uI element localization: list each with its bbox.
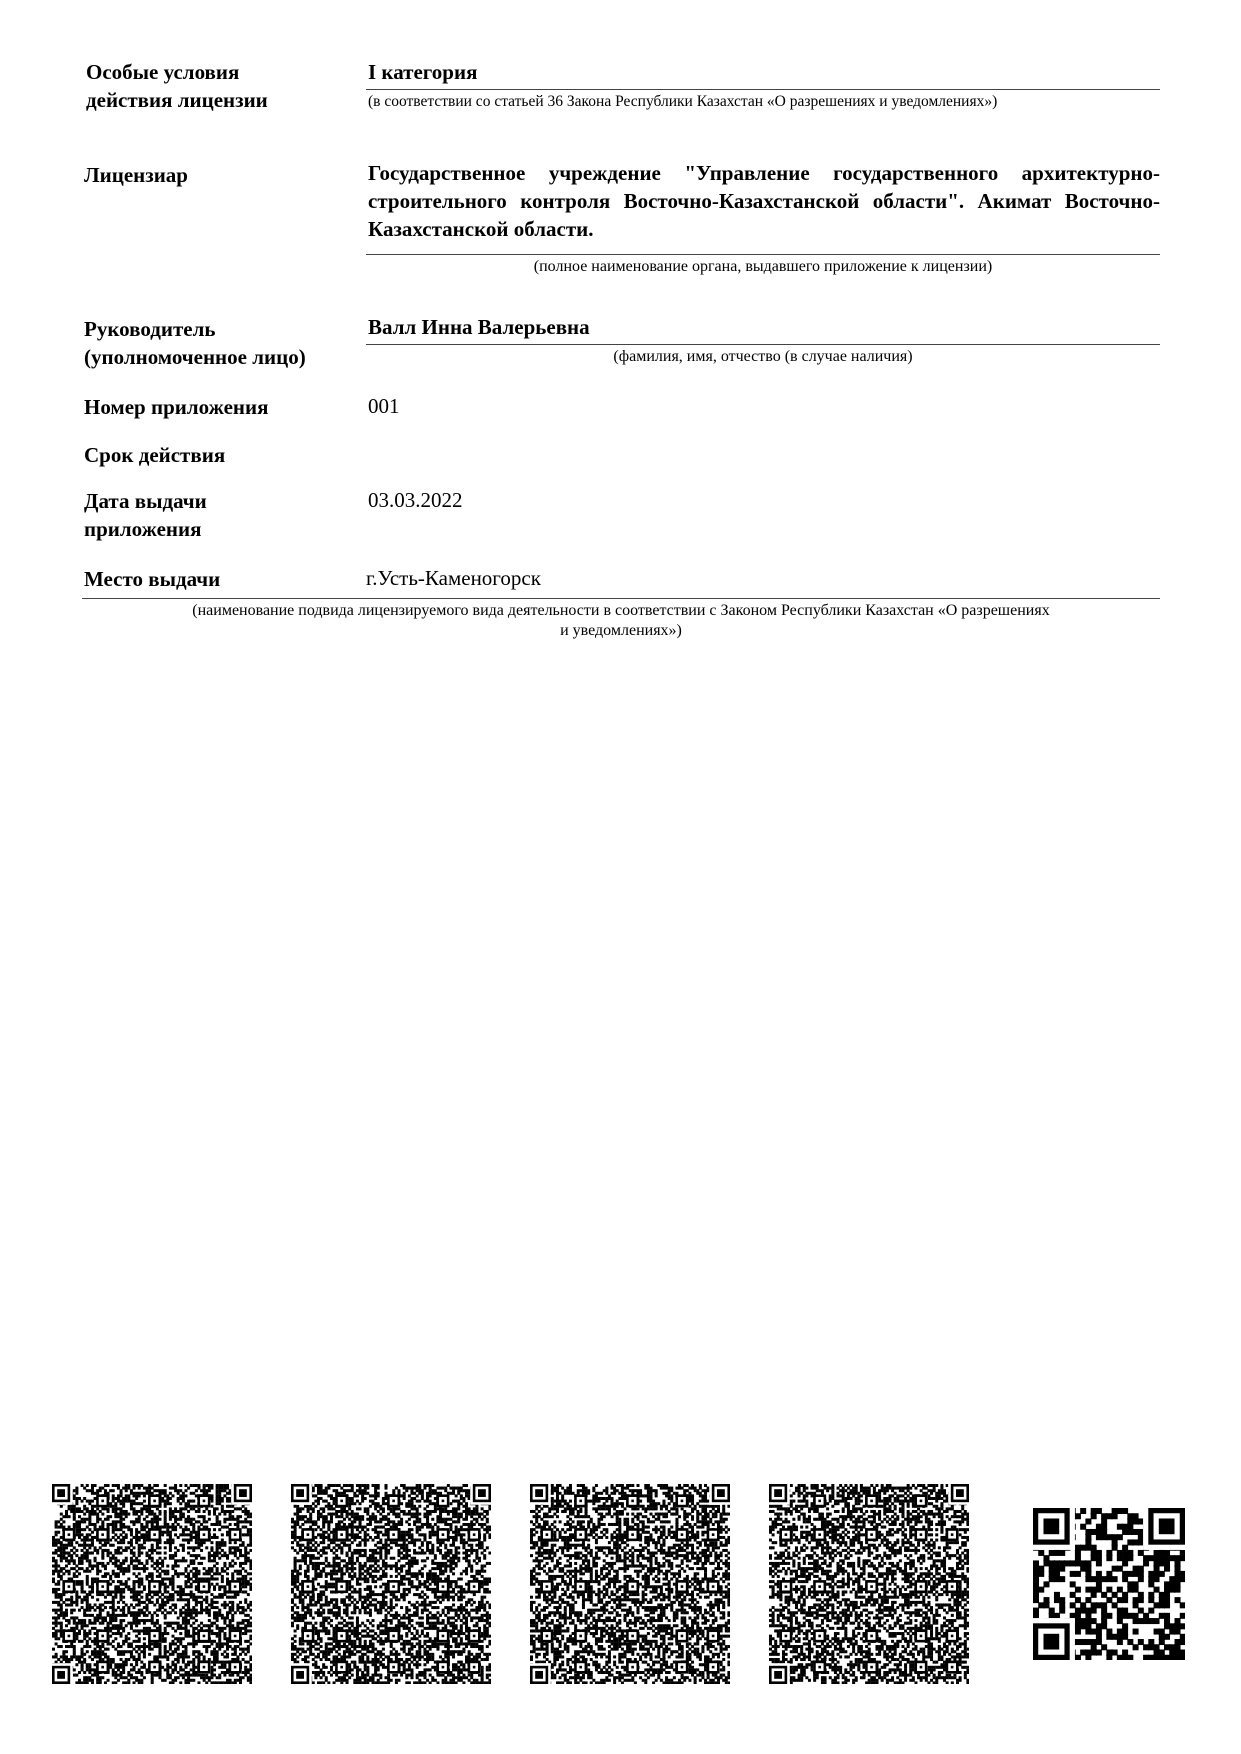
special-conditions-label: Особые условия действия лицензии <box>86 58 268 114</box>
appendix-number-label: Номер приложения <box>84 393 268 421</box>
head-label: Руководитель (уполномоченное лицо) <box>84 315 306 371</box>
licensor-rule <box>366 254 1160 255</box>
special-conditions-label-line1: Особые условия <box>86 58 268 86</box>
special-conditions-rule <box>366 89 1160 90</box>
licensor-value: Государственное учреждение "Управление г… <box>368 159 1160 243</box>
issue-place-label: Место выдачи <box>84 565 220 593</box>
head-note: (фамилия, имя, отчество (в случае наличи… <box>366 347 1160 367</box>
issue-date-label-line1: Дата выдачи <box>84 487 207 515</box>
qr-code-5 <box>1033 1508 1185 1660</box>
footer-note-line1: (наименование подвида лицензируемого вид… <box>78 601 1164 621</box>
head-label-line1: Руководитель <box>84 315 306 343</box>
validity-label: Срок действия <box>84 441 225 469</box>
head-label-line2: (уполномоченное лицо) <box>84 343 306 371</box>
qr-code-2 <box>291 1484 491 1684</box>
special-conditions-label-line2: действия лицензии <box>86 86 268 114</box>
qr-code-4 <box>769 1484 969 1684</box>
issue-date-value: 03.03.2022 <box>368 486 463 514</box>
issue-date-label: Дата выдачи приложения <box>84 487 207 543</box>
licensor-label: Лицензиар <box>84 161 188 189</box>
special-conditions-value: I категория <box>368 58 477 86</box>
head-value: Валл Инна Валерьевна <box>368 313 590 341</box>
issue-place-value: г.Усть-Каменогорск <box>366 564 541 592</box>
issue-date-label-line2: приложения <box>84 515 207 543</box>
footer-note-line2: и уведомлениях») <box>78 621 1164 641</box>
special-conditions-note: (в соответствии со статьей 36 Закона Рес… <box>368 92 1168 112</box>
appendix-number-value: 001 <box>368 392 400 420</box>
issue-place-rule <box>82 598 1160 599</box>
footer-note: (наименование подвида лицензируемого вид… <box>78 601 1164 641</box>
qr-code-3 <box>530 1484 730 1684</box>
head-rule <box>366 344 1160 345</box>
qr-code-1 <box>52 1484 252 1684</box>
licensor-note: (полное наименование органа, выдавшего п… <box>366 257 1160 277</box>
